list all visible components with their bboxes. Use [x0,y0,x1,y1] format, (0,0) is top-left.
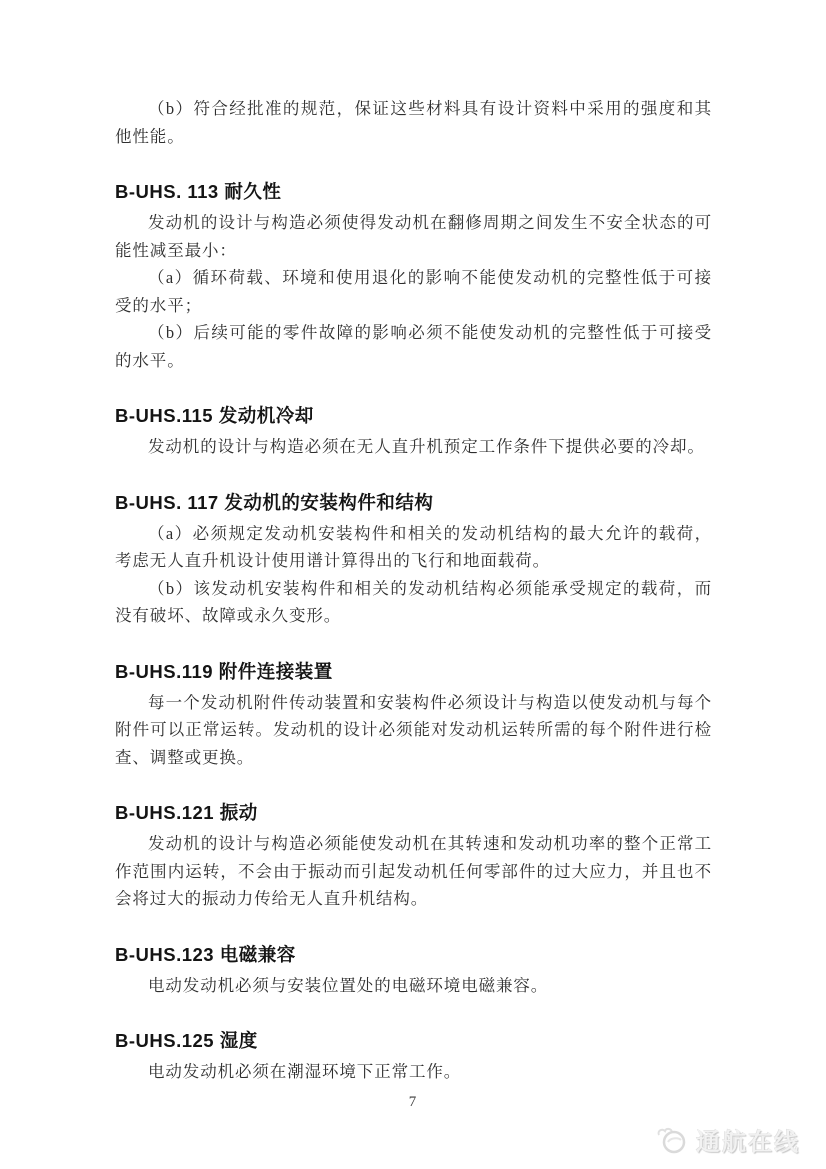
sections: B-UHS. 113 耐久性 发动机的设计与构造必须使得发动机在翻修周期之间发生… [115,179,712,1086]
regulation-section: B-UHS.119 附件连接装置 每一个发动机附件传动装置和安装构件必须设计与构… [115,659,712,772]
body-paragraph: 电动发动机必须在潮湿环境下正常工作。 [115,1058,712,1086]
regulation-section: B-UHS.125 湿度 电动发动机必须在潮湿环境下正常工作。 [115,1028,712,1086]
body-paragraph: 发动机的设计与构造必须在无人直升机预定工作条件下提供必要的冷却。 [115,433,712,461]
section-paragraphs: 电动发动机必须与安装位置处的电磁环境电磁兼容。 [115,972,712,1000]
watermark: 通航在线 [655,1122,800,1157]
section-heading: B-UHS.121 振动 [115,800,712,825]
body-paragraph: 每一个发动机附件传动装置和安装构件必须设计与构造以使发动机与每个附件可以正常运转… [115,689,712,772]
section-heading: B-UHS. 113 耐久性 [115,179,712,204]
body-paragraph: 发动机的设计与构造必须使得发动机在翻修周期之间发生不安全状态的可能性减至最小： [115,209,712,264]
section-heading: B-UHS.125 湿度 [115,1028,712,1053]
section-heading: B-UHS.123 电磁兼容 [115,942,712,967]
regulation-section: B-UHS.121 振动 发动机的设计与构造必须能使发动机在其转速和发动机功率的… [115,800,712,913]
regulation-section: B-UHS.123 电磁兼容 电动发动机必须与安装位置处的电磁环境电磁兼容。 [115,942,712,1000]
regulation-section: B-UHS. 113 耐久性 发动机的设计与构造必须使得发动机在翻修周期之间发生… [115,179,712,374]
body-paragraph: （a）循环荷载、环境和使用退化的影响不能使发动机的完整性低于可接受的水平； [115,264,712,319]
watermark-label: 通航在线 [696,1122,800,1157]
body-paragraph: 电动发动机必须与安装位置处的电磁环境电磁兼容。 [115,972,712,1000]
regulation-section: B-UHS.115 发动机冷却 发动机的设计与构造必须在无人直升机预定工作条件下… [115,403,712,461]
section-paragraphs: 发动机的设计与构造必须能使发动机在其转速和发动机功率的整个正常工作范围内运转，不… [115,830,712,913]
body-paragraph: （b）后续可能的零件故障的影响必须不能使发动机的完整性低于可接受的水平。 [115,319,712,374]
section-heading: B-UHS.115 发动机冷却 [115,403,712,428]
page-number: 7 [0,1094,826,1111]
body-paragraph: （b）该发动机安装构件和相关的发动机结构必须能承受规定的载荷，而没有破坏、故障或… [115,575,712,630]
section-heading: B-UHS. 117 发动机的安装构件和结构 [115,490,712,515]
section-paragraphs: （a）必须规定发动机安装构件和相关的发动机结构的最大允许的载荷，考虑无人直升机设… [115,520,712,630]
regulation-section: B-UHS. 117 发动机的安装构件和结构 （a）必须规定发动机安装构件和相关… [115,490,712,630]
body-paragraph: 发动机的设计与构造必须能使发动机在其转速和发动机功率的整个正常工作范围内运转，不… [115,830,712,913]
document-page: （b）符合经批准的规范，保证这些材料具有设计资料中采用的强度和其他性能。 B-U… [0,0,826,1169]
tonghang-bird-logo-icon [655,1125,689,1155]
section-paragraphs: 每一个发动机附件传动装置和安装构件必须设计与构造以使发动机与每个附件可以正常运转… [115,689,712,772]
section-heading: B-UHS.119 附件连接装置 [115,659,712,684]
section-paragraphs: 发动机的设计与构造必须使得发动机在翻修周期之间发生不安全状态的可能性减至最小：（… [115,209,712,374]
intro-paragraph: （b）符合经批准的规范，保证这些材料具有设计资料中采用的强度和其他性能。 [115,95,712,150]
section-paragraphs: 发动机的设计与构造必须在无人直升机预定工作条件下提供必要的冷却。 [115,433,712,461]
body-paragraph: （a）必须规定发动机安装构件和相关的发动机结构的最大允许的载荷，考虑无人直升机设… [115,520,712,575]
document-content: （b）符合经批准的规范，保证这些材料具有设计资料中采用的强度和其他性能。 B-U… [0,0,826,1086]
section-paragraphs: 电动发动机必须在潮湿环境下正常工作。 [115,1058,712,1086]
